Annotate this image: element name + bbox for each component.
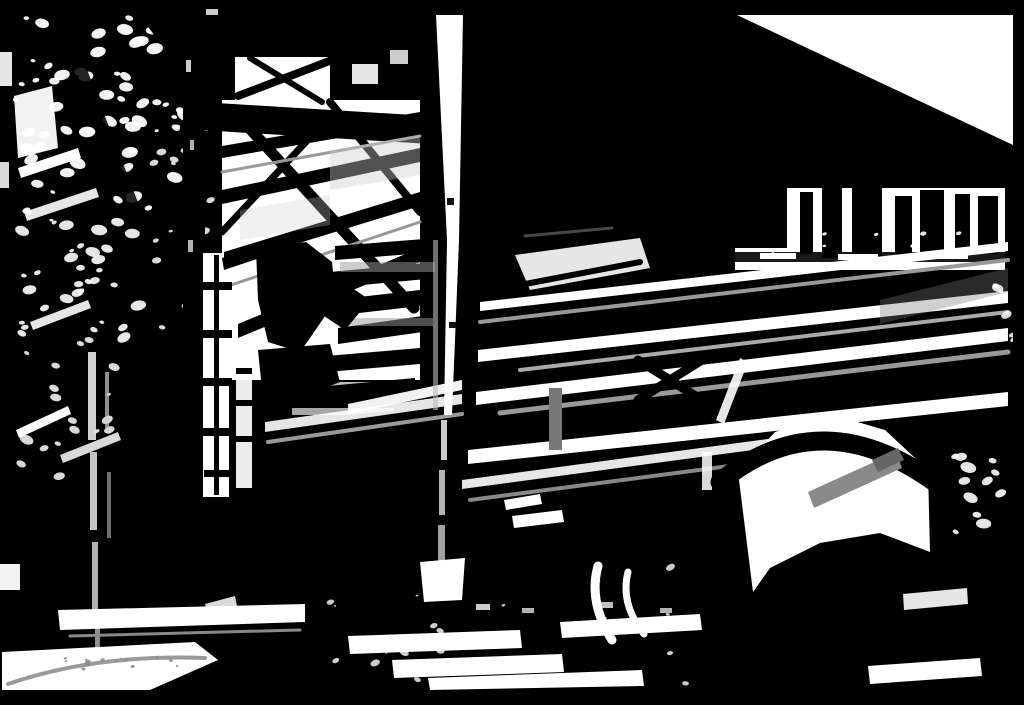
artwork-canvas [0,0,1024,705]
foliage-white-patch [14,86,58,158]
frame-border-bottom [0,691,1024,705]
trunk-highlight-line [92,542,98,610]
center-column-sliver [438,525,445,565]
distant-rail-gap [760,253,796,259]
trunk-highlight-line [105,372,109,430]
frame-border-left [0,0,13,705]
center-column-sliver [439,470,445,515]
sky-patch [390,50,408,64]
center-column-edge [433,240,438,410]
sky-patch [352,64,378,84]
trunk-highlight-dash [188,240,193,252]
edge-highlight [0,564,20,590]
edge-highlight [0,162,9,188]
ladder-rung-2 [236,436,252,442]
column-mark [447,198,454,205]
ladder-rung-2 [236,400,252,406]
strut [549,388,562,450]
column-mark [449,322,456,328]
ladder-highlight-2 [236,338,252,488]
artwork-frame [0,0,1024,705]
trunk-highlight-line [90,452,97,530]
frame-border-right [1013,0,1024,705]
distant-structure [852,184,882,258]
trunk-highlight-line [107,472,111,538]
distant-structure [822,188,842,258]
arch-side-highlight [702,452,712,490]
ground-speck [522,608,534,613]
distant-structure [800,192,813,254]
trunk-highlight-line [88,352,96,440]
frame-notch [206,9,218,15]
trunk-highlight-dash [190,140,194,150]
edge-highlight [0,52,12,86]
ground-speck [476,604,490,610]
trunk-highlight-dash [186,60,191,72]
speckle [60,168,75,177]
center-column-base [420,558,465,602]
ladder-rail [214,255,219,495]
distant-structure [955,194,970,254]
distant-structure [920,190,944,258]
distant-structure [735,188,787,248]
distant-structure [895,196,912,258]
ladder-rung-2 [236,368,252,374]
ground-speck [660,608,672,613]
center-column-sliver [441,420,447,460]
louver-gray [340,262,435,272]
speckle [99,90,114,100]
frame-border-top [0,0,1024,15]
speckle [24,16,30,20]
louver-gray [345,318,433,326]
